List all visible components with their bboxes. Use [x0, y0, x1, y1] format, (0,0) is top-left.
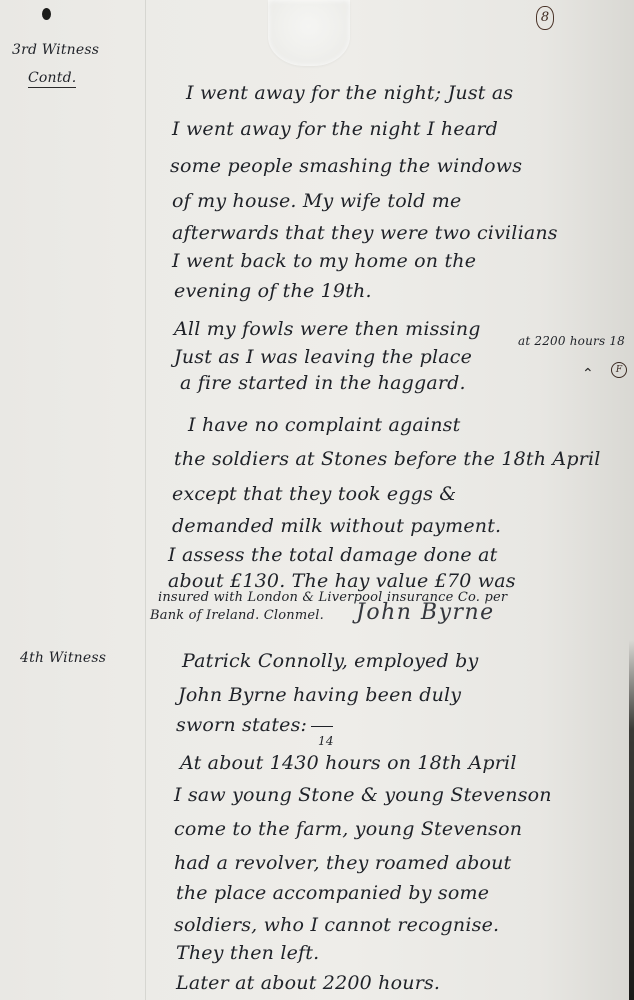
statement-line: I assess the total damage done at	[168, 544, 497, 566]
handwritten-document-page: 8 3rd Witness Contd. I went away for the…	[0, 0, 634, 1000]
statement-line: except that they took eggs &	[172, 483, 456, 505]
insertion-caret-icon: ⌃	[582, 366, 594, 382]
statement-line: the soldiers at Stones before the 18th A…	[174, 448, 601, 470]
signature-john-byrne: John Byrne	[356, 600, 495, 625]
sworn-states-text: sworn states:	[176, 714, 307, 736]
dash-mark	[311, 726, 333, 727]
statement-line: I went away for the night I heard	[172, 118, 498, 140]
statement-line: about £130. The hay value £70 was	[168, 570, 516, 592]
margin-label-4th-witness: 4th Witness	[20, 650, 106, 666]
statement-line: All my fowls were then missing	[174, 318, 481, 340]
embossed-seal	[268, 0, 350, 66]
page-fold-line	[145, 0, 146, 1000]
statement-line: had a revolver, they roamed about	[174, 852, 511, 874]
statement-line: I have no complaint against	[188, 414, 460, 436]
statement-line: a fire started in the haggard.	[180, 372, 466, 394]
statement-line: Later at about 2200 hours.	[176, 972, 440, 994]
correction-above-line: 14	[318, 734, 334, 748]
statement-line: Bank of Ireland. Clonmel.	[150, 608, 324, 623]
statement-line: I went back to my home on the	[172, 250, 476, 272]
margin-sublabel-contd: Contd.	[28, 70, 76, 86]
margin-label-3rd-witness: 3rd Witness	[12, 42, 99, 58]
statement-line: soldiers, who I cannot recognise.	[174, 914, 499, 936]
circled-f-mark: F	[611, 362, 627, 378]
statement-line: of my house. My wife told me	[172, 190, 461, 212]
insertion-above-line: at 2200 hours 18	[518, 334, 625, 348]
contd-label: Contd.	[28, 70, 76, 88]
statement-line: come to the farm, young Stevenson	[174, 818, 522, 840]
statement-line: some people smashing the windows	[170, 155, 522, 177]
statement-line: Patrick Connolly, employed by	[182, 650, 478, 672]
statement-line: John Byrne having been duly	[178, 684, 461, 706]
statement-line: I went away for the night; Just as	[186, 82, 513, 104]
page-edge-shadow	[629, 640, 634, 1000]
page-number: 8	[536, 6, 554, 30]
statement-line: demanded milk without payment.	[172, 515, 501, 537]
statement-line: I saw young Stone & young Stevenson	[174, 784, 552, 806]
statement-line: sworn states:	[176, 714, 333, 736]
statement-line: At about 1430 hours on 18th April	[180, 752, 517, 774]
statement-line: They then left.	[176, 942, 319, 964]
statement-line: afterwards that they were two civilians	[172, 222, 558, 244]
statement-line: Just as I was leaving the place	[174, 346, 472, 368]
statement-line: evening of the 19th.	[174, 280, 372, 302]
statement-line: the place accompanied by some	[176, 882, 489, 904]
punch-hole	[42, 8, 51, 20]
